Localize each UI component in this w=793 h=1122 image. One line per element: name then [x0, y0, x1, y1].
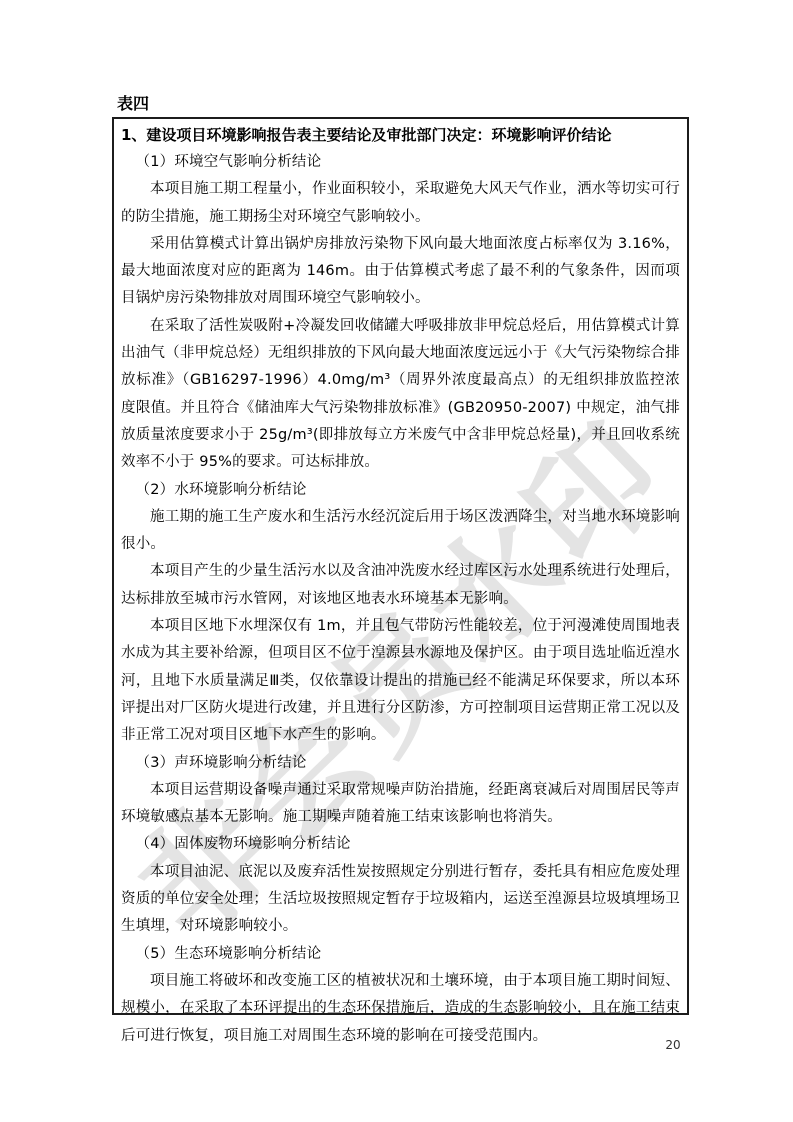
section-heading: （1）环境空气影响分析结论	[121, 149, 680, 176]
body-paragraph: 本项目运营期设备噪声通过采取常规噪声防治措施，经距离衰减后对周围居民等声环境敏感…	[121, 777, 680, 832]
body-paragraph: 采用估算模式计算出锅炉房排放污染物下风向最大地面浓度占标率仅为 3.16%，最大…	[121, 231, 680, 313]
page-number: 20	[658, 1038, 688, 1052]
body-paragraph: 本项目油泥、底泥以及废弃活性炭按照规定分别进行暂存，委托具有相应危废处理资质的单…	[121, 859, 680, 941]
table-title: 1、建设项目环境影响报告表主要结论及审批部门决定：环境影响评价结论	[121, 122, 680, 148]
body-paragraph: 施工期的施工生产废水和生活污水经沉淀后用于场区泼洒降尘，对当地水环境影响很小。	[121, 504, 680, 559]
body-paragraph: 本项目区地下水埋深仅有 1m，并且包气带防污性能较差，位于河漫滩使周围地表水成为…	[121, 613, 680, 749]
body-paragraph: 本项目施工期工程量小，作业面积较小，采取避免大风天气作业，洒水等切实可行的防尘措…	[121, 176, 680, 231]
body-paragraph: 本项目产生的少量生活污水以及含油冲洗废水经过库区污水处理系统进行处理后，达标排放…	[121, 558, 680, 613]
body-paragraph: 项目施工将破坏和改变施工区的植被状况和土壤环境，由于本项目施工期时间短、规模小，…	[121, 968, 680, 1050]
document-page: 非会员水印 表四 1、建设项目环境影响报告表主要结论及审批部门决定：环境影响评价…	[0, 0, 793, 1122]
body-paragraph: 在采取了活性炭吸附+冷凝发回收储罐大呼吸排放非甲烷总烃后，用估算模式计算出油气（…	[121, 313, 680, 477]
section-heading: （2）水环境影响分析结论	[121, 477, 680, 504]
section-heading: （3）声环境影响分析结论	[121, 750, 680, 777]
table-caption: 表四	[117, 91, 149, 114]
section-heading: （4）固体废物环境影响分析结论	[121, 831, 680, 858]
conclusion-table: 1、建设项目环境影响报告表主要结论及审批部门决定：环境影响评价结论 （1）环境空…	[112, 117, 689, 1015]
table-paragraphs: （1）环境空气影响分析结论本项目施工期工程量小，作业面积较小，采取避免大风天气作…	[121, 149, 680, 1050]
section-heading: （5）生态环境影响分析结论	[121, 941, 680, 968]
